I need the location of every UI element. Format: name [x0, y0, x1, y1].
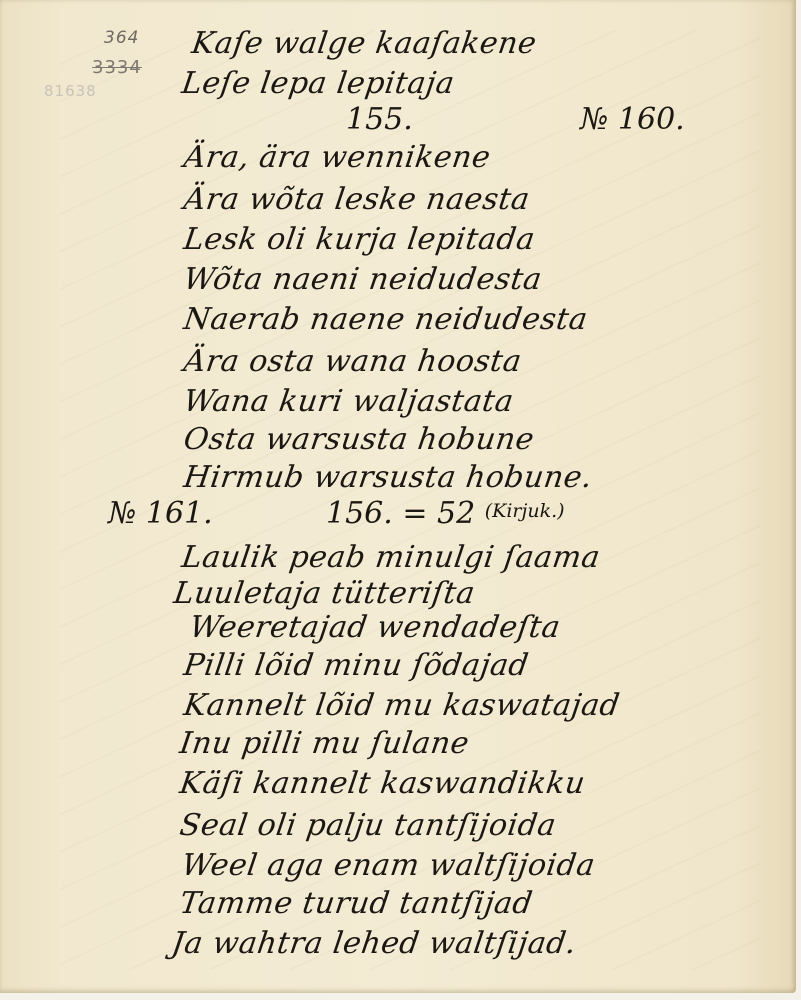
verse-line: Ära, ära wennikene	[182, 140, 493, 175]
page-number: 364	[104, 28, 139, 48]
verse-line: Ja wahtra lehed waltſijad.	[170, 926, 579, 961]
source-reference: 156. = 52 (Kirjuk.)	[326, 496, 565, 531]
verse-line: Kaſe walge kaaſakene	[190, 26, 539, 61]
manuscript-page: 364 3334 81638 Kaſe walge kaaſakene Leſe…	[0, 0, 796, 993]
verse-line: Kannelt lõid mu kaswatajad	[182, 688, 622, 723]
song-number-161: № 161.	[108, 496, 213, 531]
verse-line: Wana kuri waljastata	[182, 384, 516, 419]
verse-line: Weel aga enam waltſijoida	[180, 848, 598, 883]
verse-line: Ära wõta leske naesta	[182, 182, 533, 217]
song-number-160: № 160.	[580, 102, 685, 137]
verse-line: Laulik peab minulgi ſaama	[180, 540, 603, 575]
verse-line: Lesk oli kurja lepitada	[182, 222, 538, 257]
verse-line: Pilli lõid minu ſõdajad	[182, 648, 531, 683]
verse-line: Tamme turud tantſijad	[178, 886, 535, 921]
verse-line: Hirmub warsusta hobune.	[182, 460, 595, 495]
verse-line: Leſe lepa lepitaja	[180, 66, 457, 101]
old-page-number-struck: 3334	[92, 57, 142, 78]
faint-archive-stamp: 81638	[44, 82, 97, 100]
verse-line: Luuletaja tütteriſta	[172, 576, 478, 611]
source-ref-numbers: 156. = 52	[326, 496, 475, 531]
verse-line: Weeretajad wendadeſta	[188, 610, 563, 645]
verse-line: Seal oli palju tantſijoida	[178, 808, 559, 843]
verse-line: Ära osta wana hoosta	[182, 344, 524, 379]
verse-line: Naerab naene neidudesta	[182, 302, 590, 337]
verse-line: Käſi kannelt kaswandikku	[178, 766, 588, 801]
verse-line: Inu pilli mu ſulane	[178, 726, 472, 761]
verse-line: Osta warsusta hobune	[182, 422, 537, 457]
source-reference: 155.	[346, 102, 413, 137]
verse-line: Wõta naeni neidudesta	[182, 262, 545, 297]
source-note: (Kirjuk.)	[485, 500, 565, 522]
